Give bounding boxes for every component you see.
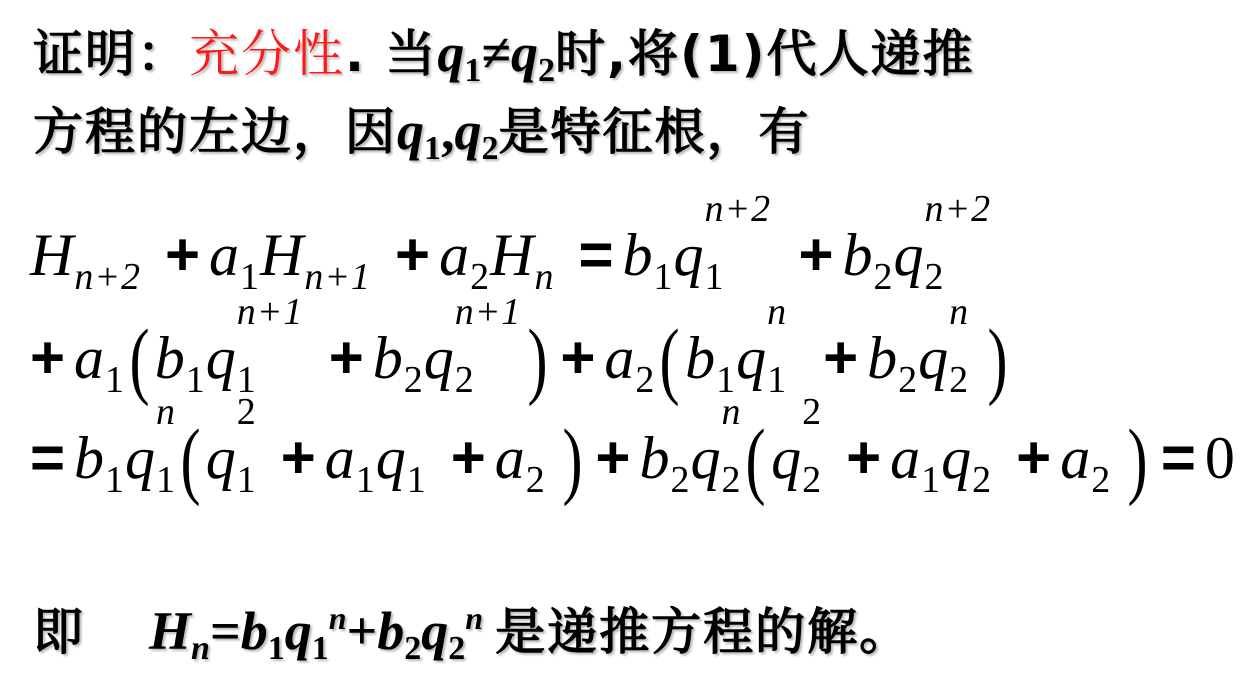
namely-label: 即 — [33, 603, 85, 661]
conclusion-line: 即Hn=b1q1n+b2q2n是递推方程的解。 — [33, 592, 911, 667]
solution-formula: Hn=b1q1n+b2q2n — [149, 601, 483, 661]
proof-label: 证明： — [33, 25, 189, 83]
equation-row-3: =b1q1n(q12 +a1q1 +a2)+b2q2n(q22 +a1q2 +a… — [22, 423, 1236, 493]
equation-row-1: Hn+2 +a1Hn+1 +a2Hn =b1q1n+2 +b2q2n+2 — [30, 220, 945, 290]
when-text: . 当 — [345, 25, 437, 83]
proof-line-2: 方程的左边，因q1,q2是特征根，有 — [33, 92, 811, 162]
characteristic-root-text: 是特征根，有 — [499, 103, 811, 161]
equation-left-text: 方程的左边，因 — [33, 103, 397, 161]
proof-line-1: 证明：充分性. 当q1≠q2时,将(1)代人递推 — [33, 14, 975, 84]
condition-q1-neq-q2: q1≠q2 — [437, 23, 555, 83]
sufficiency-highlight: 充分性 — [189, 25, 345, 83]
equation-row-2: +a1(b1q1n+1 +b2q2n+1)+a2(b1q1n +b2q2n) — [22, 323, 1013, 393]
roots-q1-q2: q1,q2 — [397, 101, 499, 161]
solution-text: 是递推方程的解。 — [495, 603, 911, 661]
substitute-text: 时,将(1)代人递推 — [555, 25, 975, 83]
